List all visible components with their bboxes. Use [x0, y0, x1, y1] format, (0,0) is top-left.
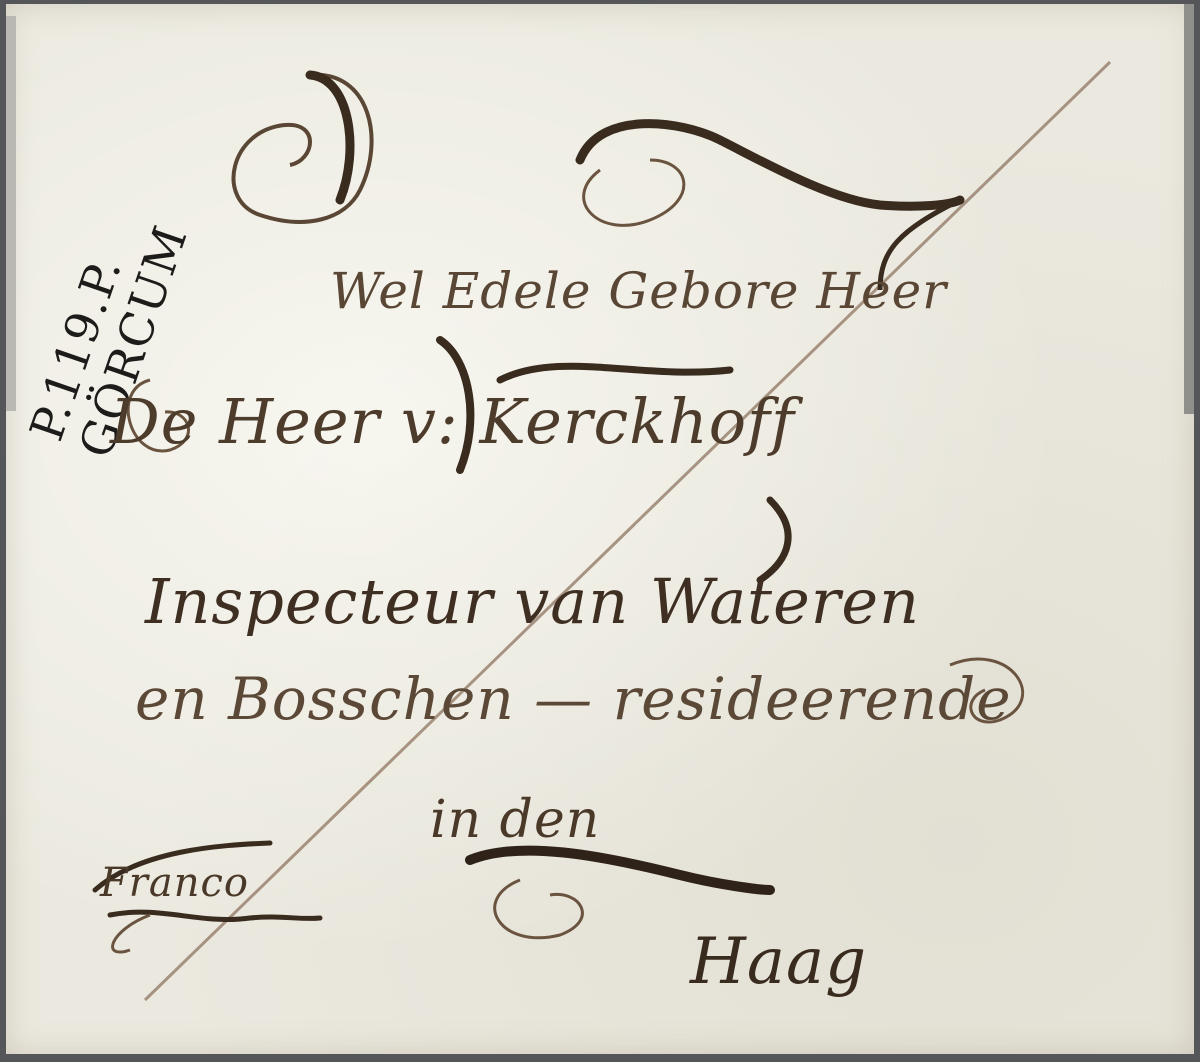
address-city: Haag — [690, 925, 867, 999]
address-salutation: Wel Edele Gebore Heer — [330, 262, 947, 320]
address-location-prefix: in den — [430, 790, 600, 850]
address-title-line-1: Inspecteur van Wateren — [145, 565, 920, 638]
address-name: De Heer v: Kerckhoff — [110, 385, 795, 458]
franco-annotation: Franco — [100, 860, 249, 906]
address-title-line-2: en Bosschen — resideerende — [135, 665, 1012, 733]
fold-edge-right — [1184, 4, 1194, 414]
fold-edge-left — [6, 16, 16, 411]
